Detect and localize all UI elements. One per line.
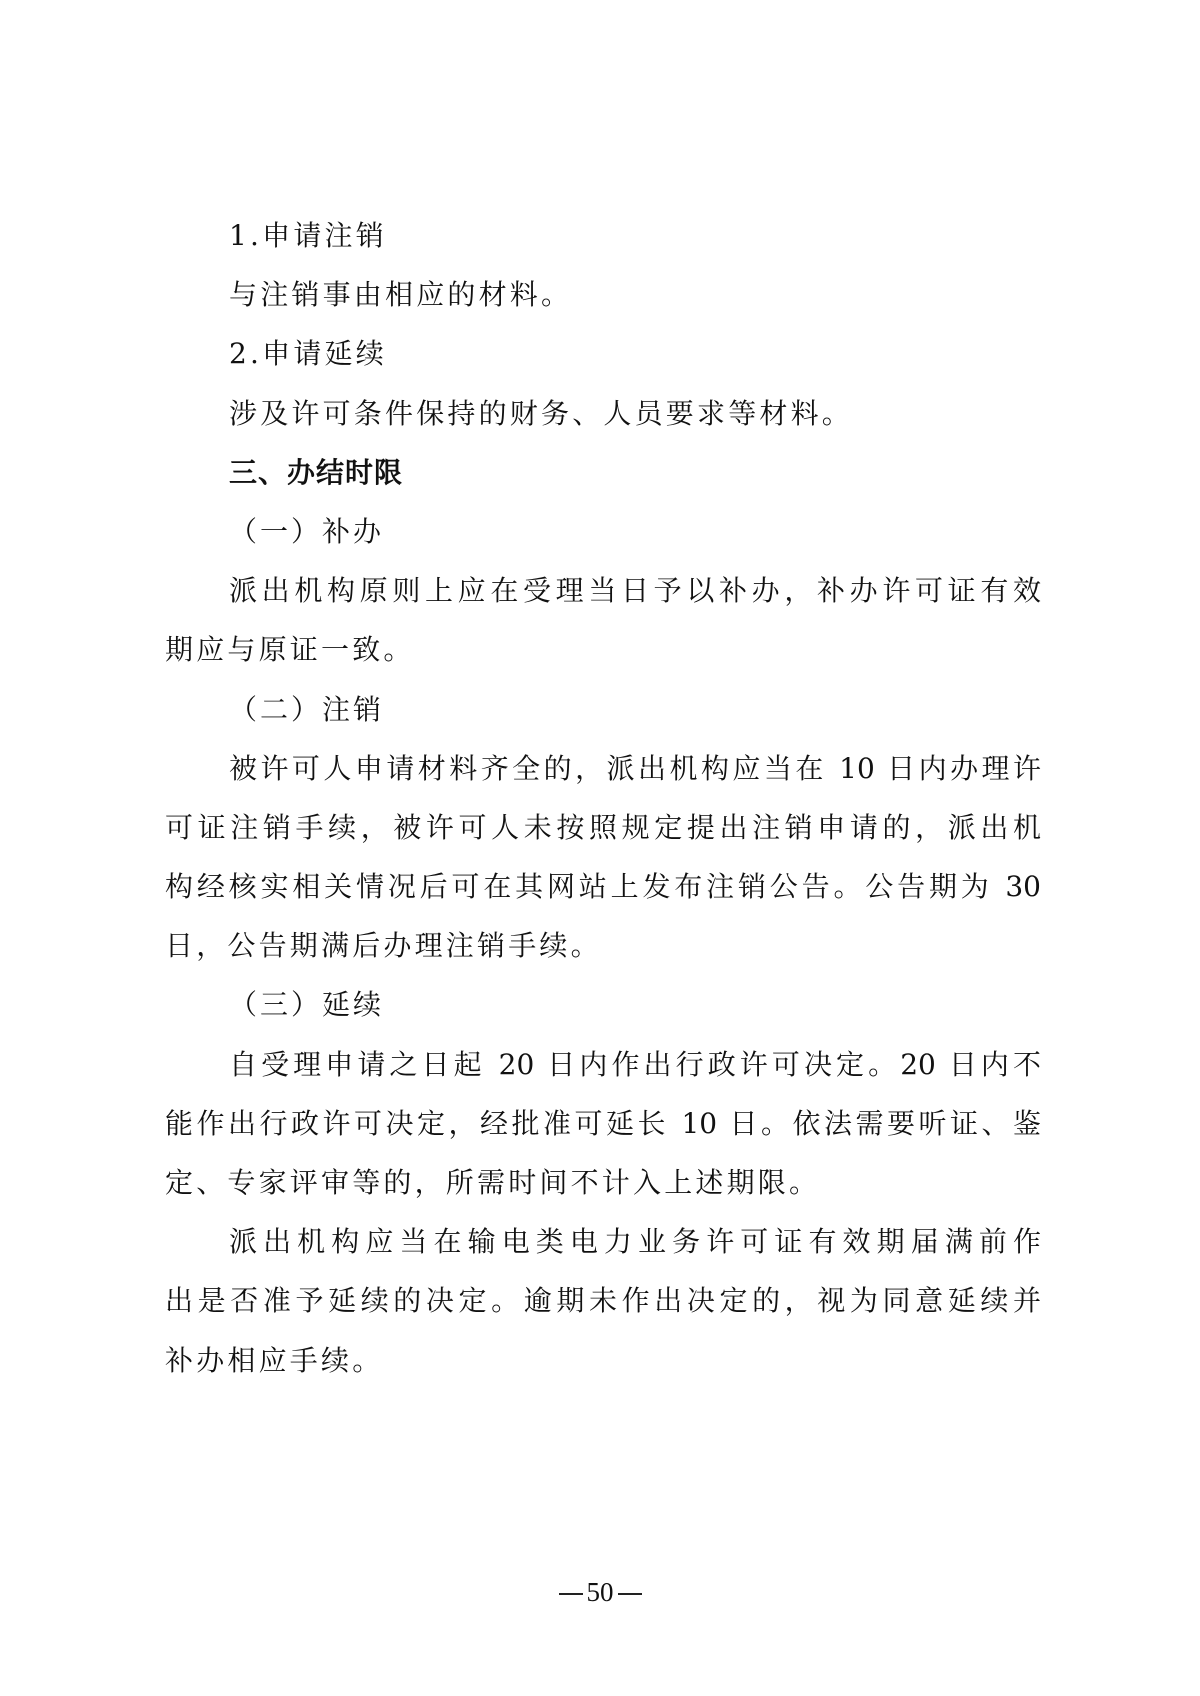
paragraph-cancellation-materials: 与注销事由相应的材料。 bbox=[165, 265, 1041, 324]
document-body: 1.申请注销 与注销事由相应的材料。 2.申请延续 涉及许可条件保持的财务、人员… bbox=[165, 206, 1041, 1390]
paragraph-renewal-materials: 涉及许可条件保持的财务、人员要求等材料。 bbox=[165, 384, 1041, 443]
subsection-heading-cancellation: （二）注销 bbox=[165, 680, 1041, 739]
paragraph-renewal-deadline-line-2: 出是否准予延续的决定。逾期未作出决定的，视为同意延续并 bbox=[165, 1271, 1041, 1330]
section-heading-processing-time-limits: 三、办结时限 bbox=[165, 443, 1041, 502]
paragraph-renewal-line-1: 自受理申请之日起 20 日内作出行政许可决定。20 日内不 bbox=[165, 1035, 1041, 1094]
page-number-left-dash bbox=[559, 1593, 583, 1595]
paragraph-cancellation-line-1: 被许可人申请材料齐全的，派出机构应当在 10 日内办理许 bbox=[165, 739, 1041, 798]
list-item-apply-cancellation: 1.申请注销 bbox=[165, 206, 1041, 265]
document-page: 1.申请注销 与注销事由相应的材料。 2.申请延续 涉及许可条件保持的财务、人员… bbox=[0, 0, 1200, 1696]
paragraph-reissue-line-2: 期应与原证一致。 bbox=[165, 620, 1041, 679]
paragraph-reissue-line-1: 派出机构原则上应在受理当日予以补办，补办许可证有效 bbox=[165, 561, 1041, 620]
paragraph-renewal-line-2: 能作出行政许可决定，经批准可延长 10 日。依法需要听证、鉴 bbox=[165, 1094, 1041, 1153]
paragraph-cancellation-line-4: 日，公告期满后办理注销手续。 bbox=[165, 916, 1041, 975]
subsection-heading-renewal: （三）延续 bbox=[165, 975, 1041, 1034]
paragraph-renewal-deadline-line-3: 补办相应手续。 bbox=[165, 1331, 1041, 1390]
paragraph-cancellation-line-3: 构经核实相关情况后可在其网站上发布注销公告。公告期为 30 bbox=[165, 857, 1041, 916]
paragraph-renewal-deadline-line-1: 派出机构应当在输电类电力业务许可证有效期届满前作 bbox=[165, 1212, 1041, 1271]
page-number: 50 bbox=[0, 1574, 1200, 1610]
page-number-value: 50 bbox=[587, 1577, 614, 1607]
paragraph-renewal-line-3: 定、专家评审等的，所需时间不计入上述期限。 bbox=[165, 1153, 1041, 1212]
list-item-apply-renewal: 2.申请延续 bbox=[165, 324, 1041, 383]
page-number-right-dash bbox=[618, 1593, 642, 1595]
subsection-heading-reissue: （一）补办 bbox=[165, 502, 1041, 561]
paragraph-cancellation-line-2: 可证注销手续，被许可人未按照规定提出注销申请的，派出机 bbox=[165, 798, 1041, 857]
